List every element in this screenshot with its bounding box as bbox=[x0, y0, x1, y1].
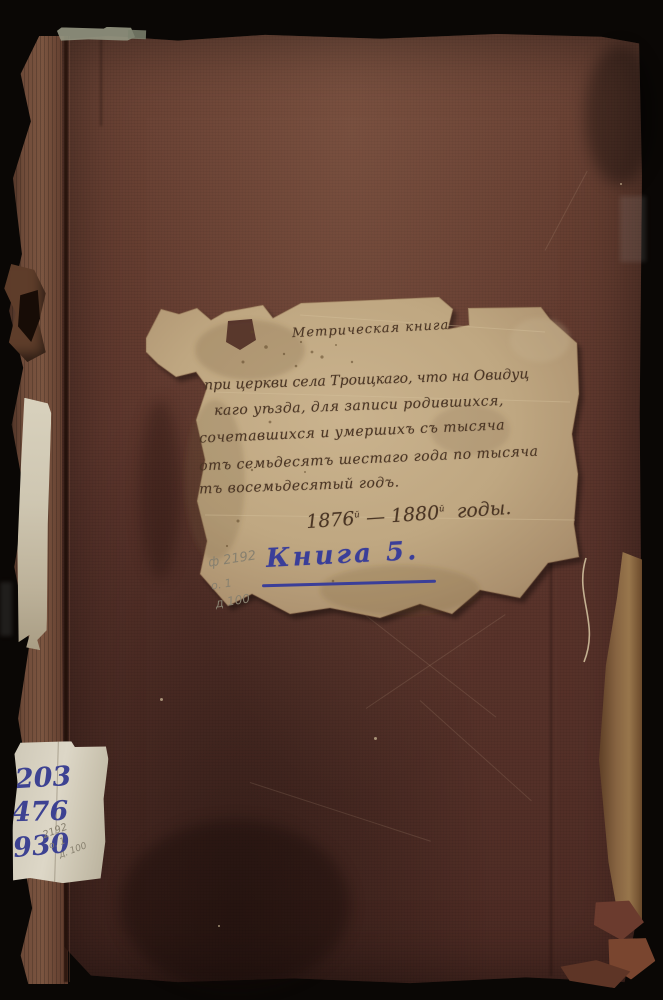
year-to: 1880 bbox=[390, 502, 440, 527]
repair-tape-fragment bbox=[128, 30, 146, 40]
archive-number-1: 203 bbox=[14, 763, 72, 793]
archival-photo: Метрическая книга при церкви села Троицк… bbox=[0, 0, 663, 1000]
loose-thread bbox=[583, 558, 590, 662]
year-from: 1876 bbox=[305, 508, 355, 533]
archive-number-label: 203 476 930 2192 о. 1 д. 100 bbox=[11, 740, 109, 884]
year-to-suffix: й bbox=[439, 504, 445, 514]
year-from-suffix: й bbox=[354, 510, 360, 520]
repair-tape bbox=[57, 27, 135, 42]
archive-number-2: 476 bbox=[12, 798, 69, 826]
years-dash: — bbox=[365, 506, 385, 529]
watermark-smudge bbox=[0, 582, 12, 636]
watermark-smudge bbox=[620, 196, 646, 262]
years-word: годы. bbox=[456, 497, 512, 523]
